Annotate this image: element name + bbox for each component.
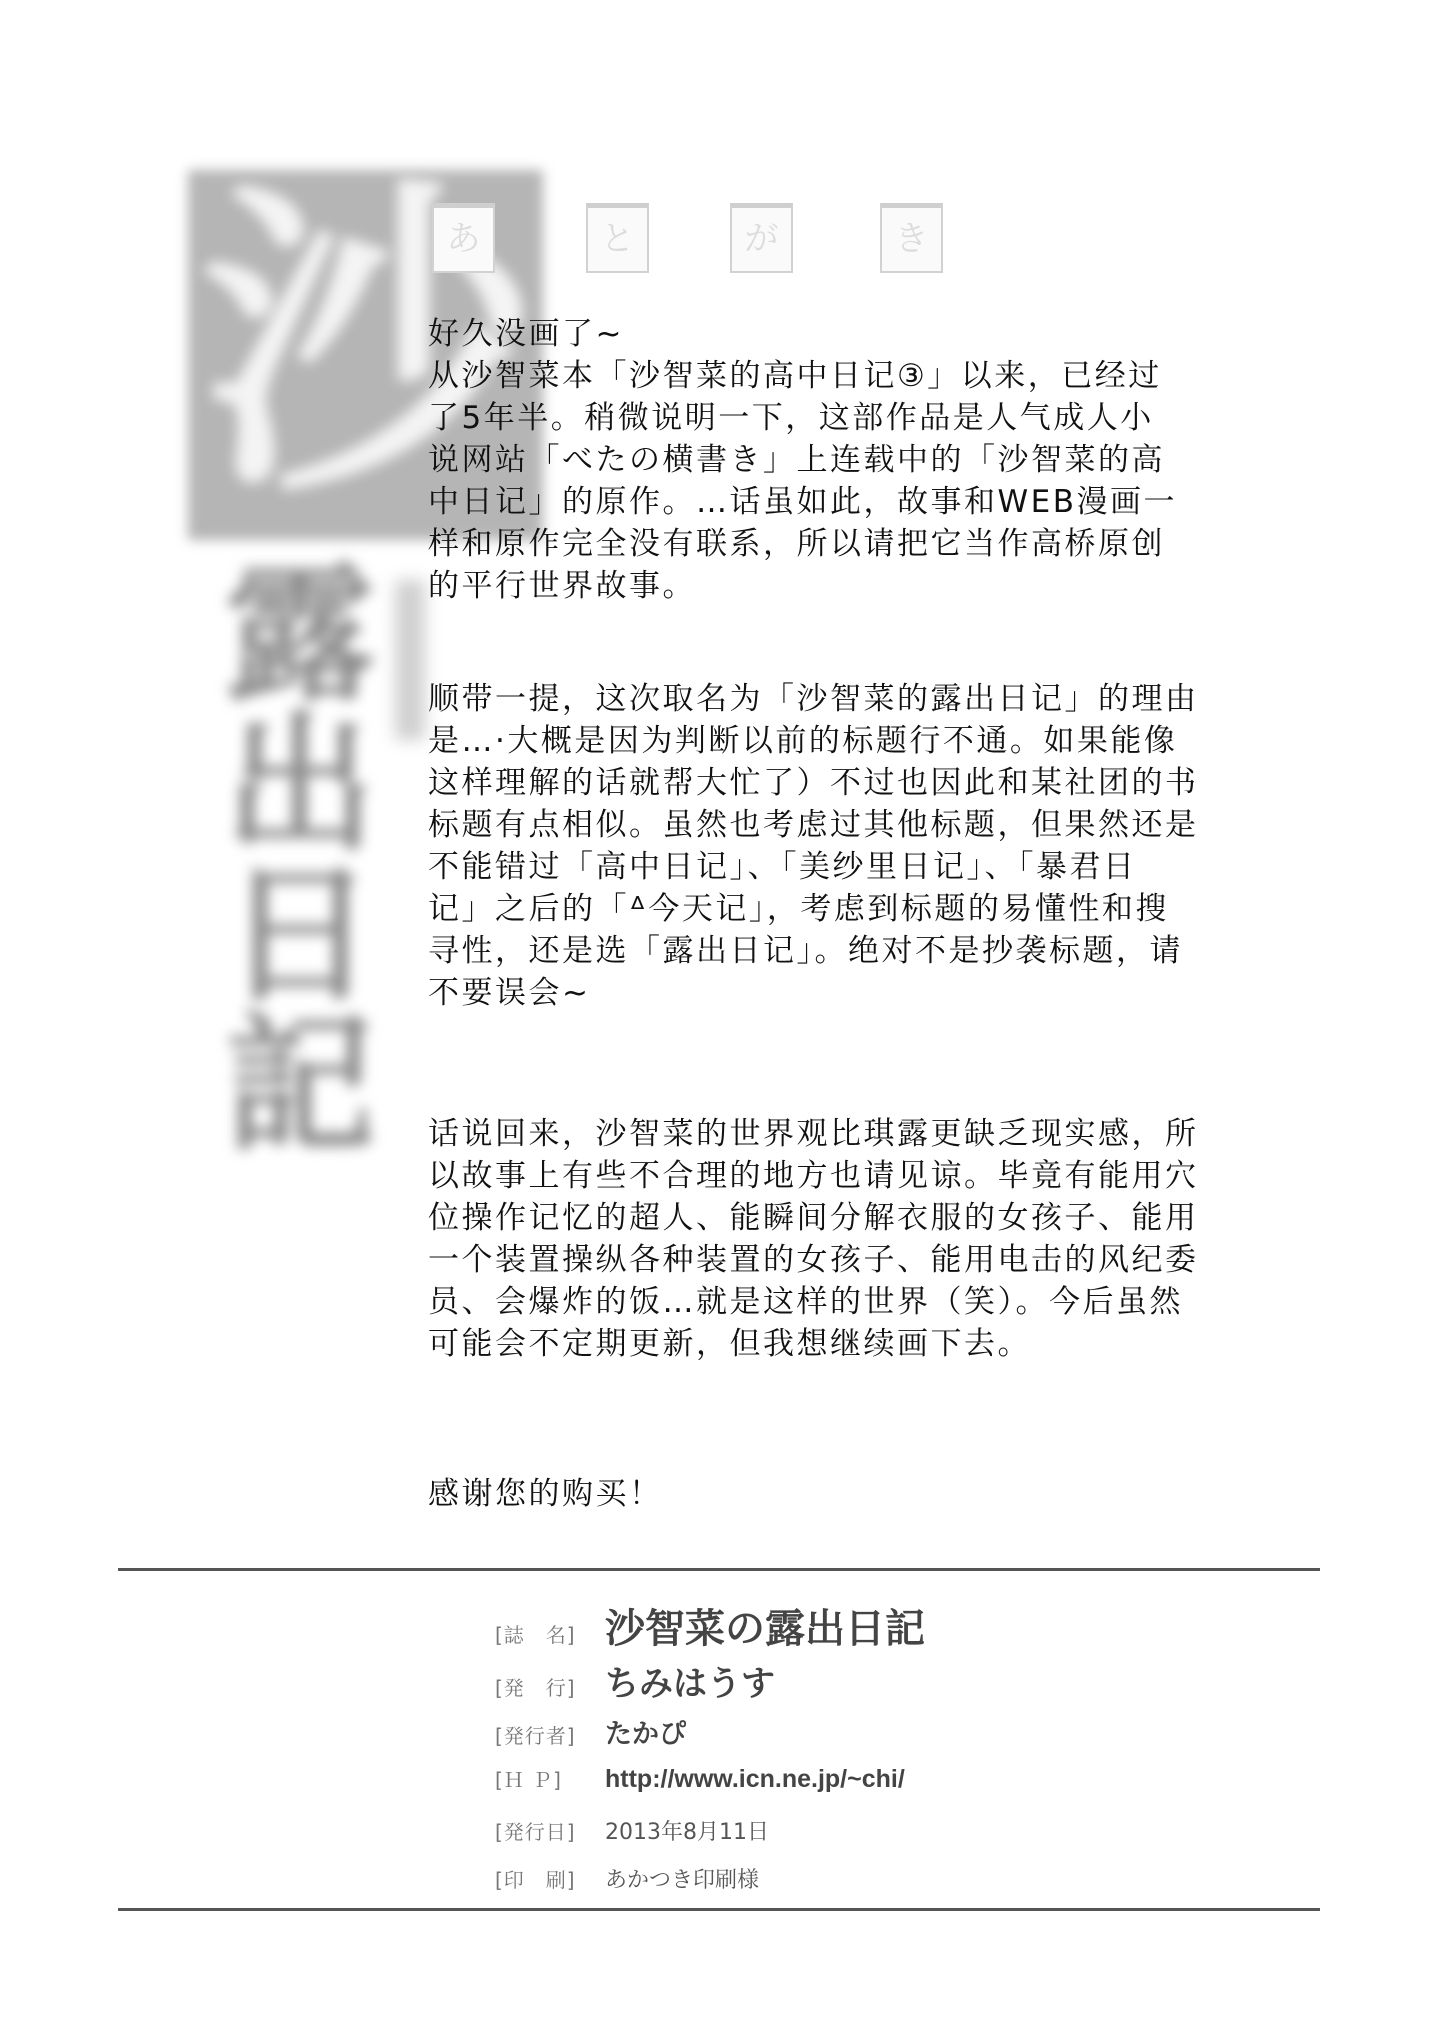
colophon-homepage-link[interactable]: http://www.icn.ne.jp/~chi/ [605,1765,905,1794]
text-line: 这样理解的话就帮大忙了）不过也因此和某社团的书 [428,762,1288,804]
header-tile: が [730,203,793,273]
text-line: 员、会爆炸的饭…就是这样的世界（笑）。今后虽然 [428,1281,1288,1323]
text-line: 寻性，还是选「露出日记」。绝对不是抄袭标题，请 [428,930,1288,972]
colophon-homepage-row: [Ｈ Ｐ] http://www.icn.ne.jp/~chi/ [495,1764,905,1794]
colophon-label: [誌 名] [495,1619,605,1648]
text-line: 从沙智菜本「沙智菜的高中日记③」以来，已经过 [428,355,1288,397]
colophon-printer: あかつき印刷様 [605,1863,759,1894]
paragraph-thanks: 感谢您的购买！ [428,1473,1288,1515]
colophon-printer-row: [印 刷] あかつき印刷様 [495,1863,759,1894]
colophon-label: [Ｈ Ｐ] [495,1764,605,1793]
text-line: 标题有点相似。虽然也考虑过其他标题，但果然还是 [428,804,1288,846]
text-line: 说网站「べたの横書き」上连载中的「沙智菜的高 [428,439,1288,481]
watermark-char: 出 [215,710,385,860]
text-line: 位操作记忆的超人、能瞬间分解衣服的女孩子、能用 [428,1197,1288,1239]
text-line: 话说回来，沙智菜的世界观比琪露更缺乏现实感，所 [428,1113,1288,1155]
colophon-publisher-row: [発 行] ちみはうす [495,1656,775,1705]
colophon-title: 沙智菜の露出日記 [605,1597,925,1654]
watermark-char: 記 [215,1010,385,1160]
text-line: 的平行世界故事。 [428,565,1288,607]
header-tile: あ [432,203,495,273]
watermark-stripe [395,580,425,740]
colophon-issuer: たかぴ [605,1712,686,1751]
text-line: 可能会不定期更新，但我想继续画下去。 [428,1323,1288,1365]
text-line: 是…·大概是因为判断以前的标题行不通。如果能像 [428,720,1288,762]
paragraph-title-reason: 顺带一提，这次取名为「沙智菜的露出日记」的理由 是…·大概是因为判断以前的标题行… [428,678,1288,1014]
watermark-char: 日 [215,860,385,1010]
watermark-vertical-title: 露 出 日 記 [215,560,385,1160]
colophon-label: [印 刷] [495,1864,605,1893]
text-line: 了5年半。稍微说明一下，这部作品是人气成人小 [428,397,1288,439]
header-tile: と [586,203,649,273]
paragraph-intro: 好久没画了~ 从沙智菜本「沙智菜的高中日记③」以来，已经过 了5年半。稍微说明一… [428,313,1288,607]
paragraph-worldview: 话说回来，沙智菜的世界观比琪露更缺乏现实感，所 以故事上有些不合理的地方也请见谅… [428,1113,1288,1365]
colophon-label: [発行者] [495,1720,605,1749]
text-line: 中日记」的原作。…话虽如此，故事和WEB漫画一 [428,481,1288,523]
colophon-publisher: ちみはうす [605,1656,775,1705]
colophon-label: [発行日] [495,1816,605,1845]
colophon-top-divider [118,1568,1320,1571]
colophon-title-row: [誌 名] 沙智菜の露出日記 [495,1597,925,1654]
text-line: 好久没画了~ [428,313,1288,355]
colophon-issuer-row: [発行者] たかぴ [495,1712,686,1751]
colophon-date: 2013年8月11日 [605,1815,769,1846]
text-line: 一个装置操纵各种装置的女孩子、能用电击的风纪委 [428,1239,1288,1281]
text-line: 不要误会~ [428,972,1288,1014]
afterword-header: あ と が き [0,203,1433,278]
text-line: 顺带一提，这次取名为「沙智菜的露出日记」的理由 [428,678,1288,720]
colophon-label: [発 行] [495,1672,605,1701]
text-line: 以故事上有些不合理的地方也请见谅。毕竟有能用穴 [428,1155,1288,1197]
text-line: 记」之后的「ᐞ今天记」，考虑到标题的易懂性和搜 [428,888,1288,930]
text-line: 样和原作完全没有联系，所以请把它当作高桥原创 [428,523,1288,565]
colophon-bottom-divider [118,1908,1320,1911]
colophon-date-row: [発行日] 2013年8月11日 [495,1815,769,1846]
watermark-char: 露 [215,560,385,710]
text-line: 感谢您的购买！ [428,1473,1288,1515]
text-line: 不能错过「高中日记」、「美纱里日记」、「暴君日 [428,846,1288,888]
header-tile: き [880,203,943,273]
